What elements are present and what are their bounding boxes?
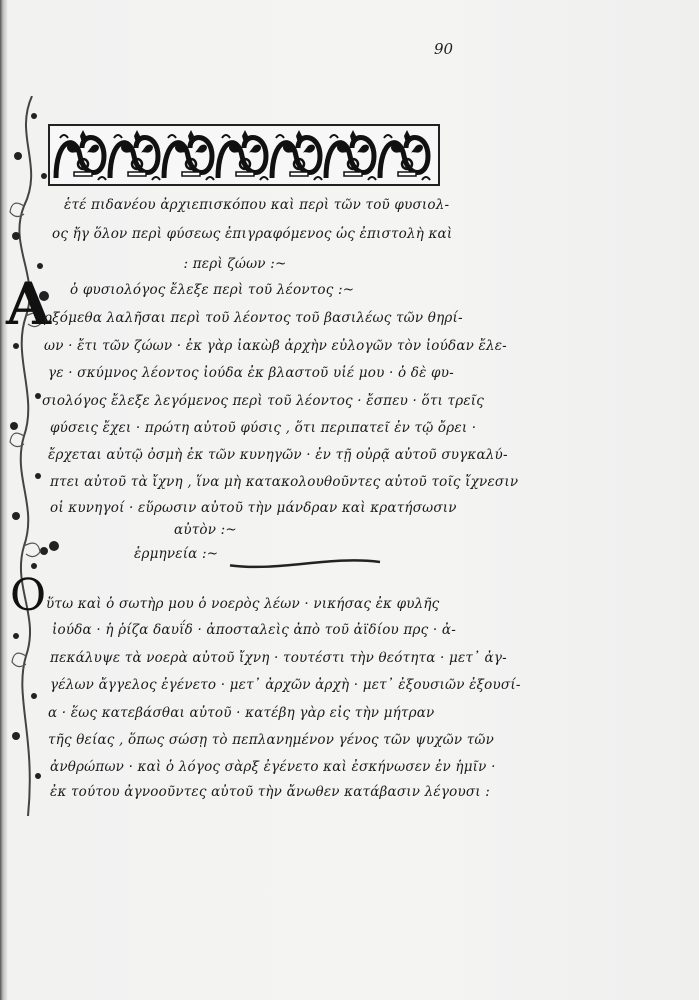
- ornamental-headpiece: [48, 124, 440, 186]
- text-line: ἐκ τούτου ἀγνοοῦντες αὐτοῦ τὴν ἄνωθεν κα…: [50, 784, 490, 800]
- title-line: ἑτέ πιδανέου ἀρχιεπισκόπου καὶ περὶ τῶν …: [64, 197, 449, 213]
- text-line: φύσεις ἔχει · πρώτη αὐτοῦ φύσις , ὅτι πε…: [50, 420, 476, 436]
- folio-number: 90: [434, 40, 453, 58]
- flourish-line-icon: [220, 552, 440, 572]
- manuscript-page: 90: [0, 0, 699, 1000]
- text-line: οἱ κυνηγοί · εὕρωσιν αὐτοῦ τὴν μάνδραν κ…: [50, 500, 457, 516]
- text-line: ρξόμεθα λαλῆσαι περὶ τοῦ λέοντος τοῦ βασ…: [44, 310, 463, 326]
- subheading-hermeneia: ἑρμηνεία :~: [134, 546, 218, 562]
- decorated-initial-omicron: Ο: [10, 570, 46, 621]
- text-line: γε · σκύμνος λέοντος ἰούδα ἐκ βλαστοῦ υἱ…: [48, 365, 454, 381]
- text-line: ἰούδα · ἡ ῥίζα δαυΐδ · ἀποσταλεὶς ἀπὸ το…: [52, 622, 456, 638]
- title-line: : περὶ ζώων :~: [160, 256, 310, 272]
- text-line: αὐτὸν :~: [174, 522, 237, 538]
- text-line: α · ἕως κατεβάσθαι αὐτοῦ · κατέβη γὰρ εἰ…: [48, 705, 434, 721]
- fleur-de-lis-band-icon: [50, 126, 438, 184]
- text-line: ἔρχεται αὐτῷ ὀσμὴ ἐκ τῶν κυνηγῶν · ἐν τῇ…: [48, 447, 508, 463]
- text-line: γέλων ἄγγελος ἐγένετο · μετ᾿ ἀρχῶν ἀρχὴ …: [50, 677, 521, 693]
- text-line: πτει αὐτοῦ τὰ ἴχνη , ἵνα μὴ κατακολουθοῦ…: [50, 474, 518, 490]
- text-line: ὕτω καὶ ὁ σωτὴρ μου ὁ νοερὸς λέων · νική…: [46, 596, 439, 612]
- text-line: πεκάλυψε τὰ νοερὰ αὐτοῦ ἴχνη · τουτέστι …: [50, 650, 507, 666]
- text-line: τῆς θείας , ὅπως σώσῃ τὸ πεπλανημένον γέ…: [48, 732, 494, 748]
- text-line: σιολόγος ἔλεξε λεγόμενος περὶ τοῦ λέοντο…: [42, 393, 484, 409]
- decorated-initial-alpha: Α: [6, 270, 51, 338]
- text-line: ἀνθρώπων · καὶ ὁ λόγος σὰρξ ἐγένετο καὶ …: [50, 759, 496, 775]
- section-heading: ὁ φυσιολόγος ἔλεξε περὶ τοῦ λέοντος :~: [70, 282, 354, 298]
- title-line: ος ἤγ ὅλον περὶ φύσεως ἐπιγραφόμενος ὡς …: [52, 226, 452, 242]
- text-line: ων · ἔτι τῶν ζώων · ἐκ γὰρ ἰακὼβ ἀρχὴν ε…: [44, 338, 507, 354]
